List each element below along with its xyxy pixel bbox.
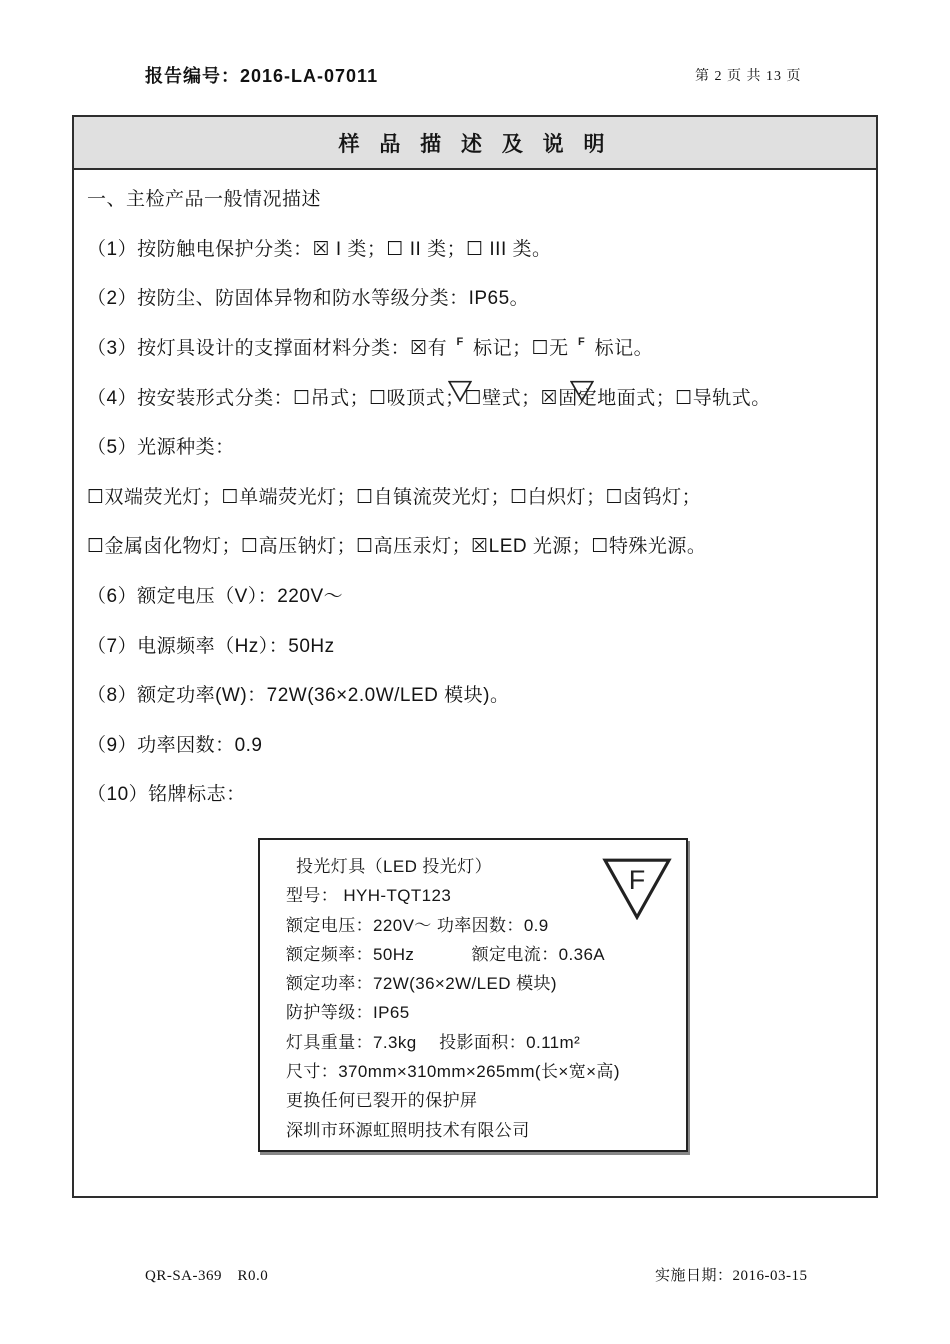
section-heading: 一、主检产品一般情况描述 <box>87 173 866 223</box>
item-ip-rating: （2）按防尘、防固体异物和防水等级分类：IP65。 <box>87 272 866 322</box>
nameplate-warning: 更换任何已裂开的保护屏 <box>286 1086 686 1115</box>
nameplate-ip-rating: 防护等级：IP65 <box>286 998 686 1027</box>
nameplate-freq-current: 额定频率：50Hz 额定电流：0.36A <box>286 940 686 969</box>
item-nameplate-label: （10）铭牌标志： <box>87 768 866 818</box>
report-number: 报告编号：2016-LA-07011 <box>145 62 378 88</box>
f-mark-icon: F <box>570 336 594 358</box>
item-light-source-row2: ☐金属卤化物灯；☐高压钠灯；☐高压汞灯；☒LED 光源；☐特殊光源。 <box>87 520 866 570</box>
nameplate-power: 额定功率：72W(36×2W/LED 模块) <box>286 969 686 998</box>
item-protection-class: （1）按防触电保护分类：☒ I 类；☐ II 类；☐ III 类。 <box>87 223 866 273</box>
item-supply-frequency: （7）电源频率（Hz）：50Hz <box>87 619 866 669</box>
item-light-source-row1: ☐双端荧光灯；☐单端荧光灯；☐自镇流荧光灯；☐白炽灯；☐卤钨灯； <box>87 471 866 521</box>
f-mark-letter: F <box>602 865 672 896</box>
f-mark-triangle-icon <box>570 380 594 402</box>
nameplate-company: 深圳市环源虹照明技术有限公司 <box>286 1116 686 1145</box>
f-mark-letter: F <box>448 336 472 348</box>
item-rated-power: （8）额定功率(W)：72W(36×2.0W/LED 模块)。 <box>87 669 866 719</box>
nameplate-box: 投光灯具（LED 投光灯） 型号： HYH-TQT123 额定电压：220V～ … <box>258 838 688 1152</box>
nameplate-size: 尺寸：370mm×310mm×265mm(长×宽×高) <box>286 1057 686 1086</box>
nameplate-weight-area: 灯具重量：7.3kg 投影面积：0.11m² <box>286 1028 686 1057</box>
footer-doc-code: QR-SA-369 R0.0 <box>145 1264 268 1285</box>
f-mark-icon: F <box>448 336 472 358</box>
panel-content: 一、主检产品一般情况描述 （1）按防触电保护分类：☒ I 类；☐ II 类；☐ … <box>74 170 876 818</box>
f-mark-letter: F <box>570 336 594 348</box>
panel-title: 样 品 描 述 及 说 明 <box>74 117 876 170</box>
item-support-surface-pre: （3）按灯具设计的支撑面材料分类：☒有 <box>87 333 447 360</box>
item-support-surface-post: 标记。 <box>595 333 654 360</box>
f-mark-triangle-icon <box>448 380 472 402</box>
page-indicator: 第 2 页 共 13 页 <box>695 65 802 85</box>
item-support-surface: （3）按灯具设计的支撑面材料分类：☒有 F 标记；☐无 F 标记。 <box>87 322 866 372</box>
item-rated-voltage: （6）额定电压（V）：220V～ <box>87 570 866 620</box>
item-power-factor: （9）功率因数：0.9 <box>87 719 866 769</box>
item-support-surface-mid: 标记；☐无 <box>473 333 569 360</box>
footer-impl-date: 实施日期：2016-03-15 <box>655 1264 808 1285</box>
f-mark-icon: F <box>602 856 672 920</box>
